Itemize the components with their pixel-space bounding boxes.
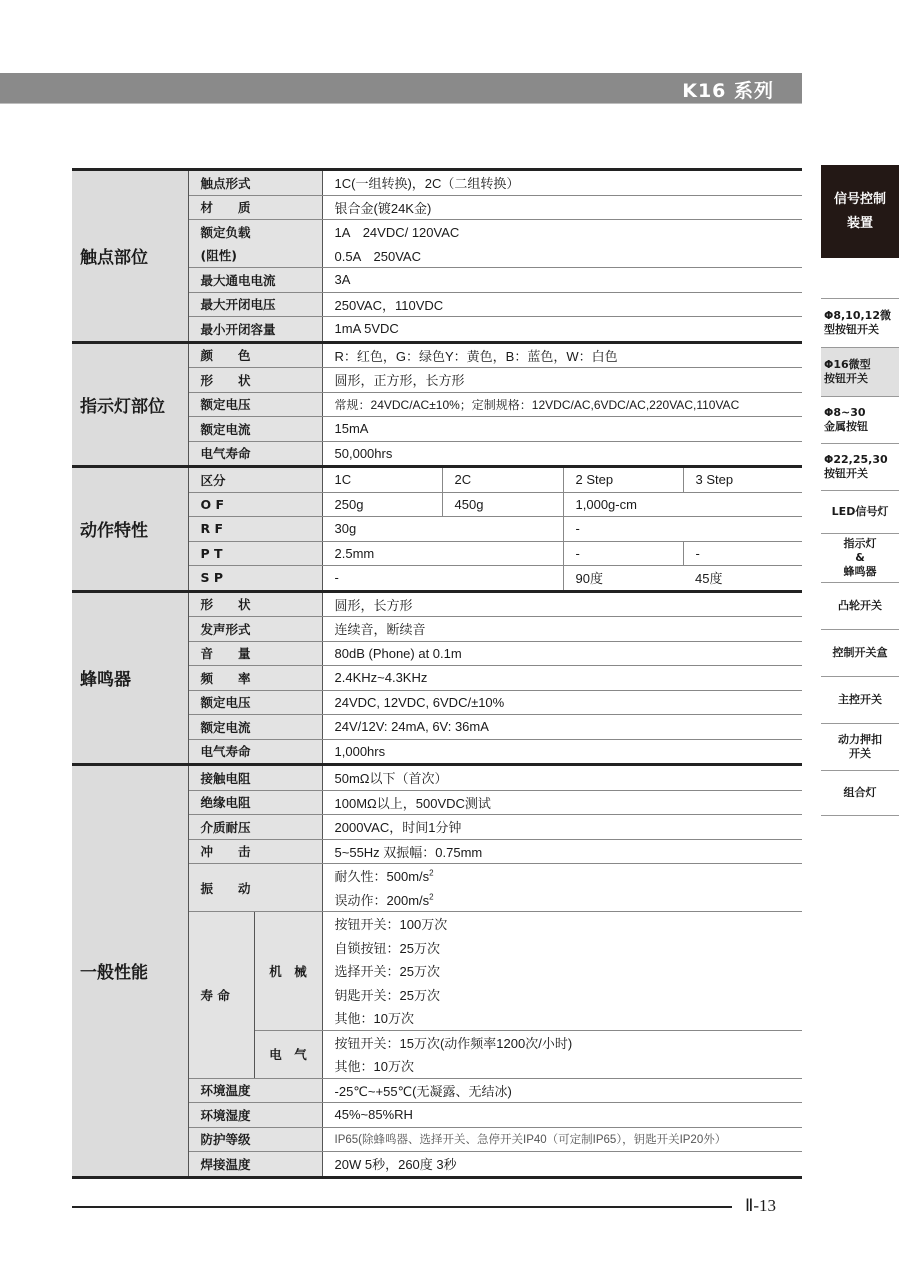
row-value: 耐久性：500m/s2: [322, 864, 802, 888]
column-header: 1C: [322, 467, 442, 493]
row-label: 最大开闭电压: [188, 292, 322, 317]
row-value: 自锁按钮：25万次: [322, 936, 802, 960]
cell: -: [322, 566, 563, 592]
row-value: R：红色，G：绿色Y：黄色，B：蓝色，W：白色: [322, 342, 802, 368]
column-header: 2 Step: [563, 467, 683, 493]
row-value: 连续音，断续音: [322, 617, 802, 642]
row-value: 0.5A 250VAC: [322, 244, 802, 268]
row-label: 形 状: [188, 368, 322, 393]
sidebar-item-indicator-buzzer[interactable]: 指示灯&蜂鸣器: [821, 533, 899, 582]
row-value: 24V/12V: 24mA, 6V: 36mA: [322, 715, 802, 740]
cell: 45度: [683, 566, 802, 592]
row-label: 焊接温度: [188, 1152, 322, 1178]
row-label: 环境温度: [188, 1078, 322, 1103]
life-label: 寿 命: [188, 912, 254, 1079]
cell: 90度: [563, 566, 683, 592]
table-row: 动作特性 区分 1C 2C 2 Step 3 Step: [72, 467, 802, 493]
sidebar-item-cam-switch[interactable]: 凸轮开关: [821, 582, 899, 629]
row-label: 频 率: [188, 666, 322, 691]
sidebar-active-category[interactable]: 信号控制 装置: [821, 165, 899, 258]
row-value: 1mA 5VDC: [322, 317, 802, 343]
section-general: 一般性能: [72, 765, 188, 1178]
row-value: 3A: [322, 268, 802, 293]
row-value: 其他：10万次: [322, 1054, 802, 1078]
row-value: 5~55Hz 双振幅：0.75mm: [322, 839, 802, 864]
row-value: 15mA: [322, 417, 802, 442]
sidebar-divider: [821, 815, 899, 816]
row-label: O F: [188, 492, 322, 517]
row-value: 按钮开关：100万次: [322, 912, 802, 936]
sidebar-item-phi16[interactable]: Φ16微型按钮开关: [821, 347, 899, 396]
row-label: 发声形式: [188, 617, 322, 642]
row-label: (阻性): [188, 244, 322, 268]
page-number: Ⅱ-13: [745, 1196, 776, 1216]
row-value: 误动作：200m/s2: [322, 888, 802, 912]
row-label: 形 状: [188, 591, 322, 617]
row-value: 20W 5秒，260度 3秒: [322, 1152, 802, 1178]
row-value: 选择开关：25万次: [322, 959, 802, 983]
sidebar-item-master-switch[interactable]: 主控开关: [821, 676, 899, 723]
table-row: 一般性能 接触电阻 50mΩ以下（首次）: [72, 765, 802, 791]
sidebar-item-led-signal[interactable]: LED信号灯: [821, 490, 899, 533]
sidebar-item-phi22-25-30[interactable]: Φ22,25,30按钮开关: [821, 443, 899, 490]
row-value: 50mΩ以下（首次）: [322, 765, 802, 791]
row-label: 区分: [188, 467, 322, 493]
row-value: 1,000hrs: [322, 739, 802, 765]
cell: -: [683, 541, 802, 566]
row-value: 250VAC，110VDC: [322, 292, 802, 317]
row-value: 2.4KHz~4.3KHz: [322, 666, 802, 691]
cell: 2.5mm: [322, 541, 563, 566]
category-line: 装置: [847, 212, 873, 236]
row-label: 电气寿命: [188, 739, 322, 765]
row-label: 材 质: [188, 195, 322, 220]
row-label: P T: [188, 541, 322, 566]
footer-divider: [72, 1206, 732, 1208]
sidebar-item-control-box[interactable]: 控制开关盒: [821, 629, 899, 676]
row-label: 额定电压: [188, 690, 322, 715]
table-row: 指示灯部位 颜 色 R：红色，G：绿色Y：黄色，B：蓝色，W：白色: [72, 342, 802, 368]
row-value: 1C(一组转换)，2C（二组转换）: [322, 170, 802, 196]
sidebar-item-phi8-10-12[interactable]: Φ8,10,12微型按钮开关: [821, 298, 899, 347]
section-buzzer: 蜂鸣器: [72, 591, 188, 765]
row-label: 最小开闭容量: [188, 317, 322, 343]
row-value: 24VDC, 12VDC, 6VDC/±10%: [322, 690, 802, 715]
cell: -: [563, 517, 802, 542]
column-header: 2C: [442, 467, 563, 493]
row-value: 50,000hrs: [322, 441, 802, 467]
row-label: 额定电压: [188, 392, 322, 417]
row-value: 银合金(镀24K金): [322, 195, 802, 220]
row-label: 音 量: [188, 641, 322, 666]
sidebar-nav: Φ8,10,12微型按钮开关 Φ16微型按钮开关 Φ8~30金属按钮 Φ22,2…: [821, 298, 899, 816]
category-line: 信号控制: [834, 188, 886, 212]
row-label: 颜 色: [188, 342, 322, 368]
row-label: 绝缘电阻: [188, 790, 322, 815]
sidebar-item-combo-light[interactable]: 组合灯: [821, 770, 899, 815]
life-electrical-label: 电 气: [254, 1030, 322, 1078]
cell: 30g: [322, 517, 563, 542]
row-label: 环境湿度: [188, 1103, 322, 1128]
sidebar-item-phi8-30-metal[interactable]: Φ8~30金属按钮: [821, 396, 899, 443]
spec-table: 触点部位 触点形式 1C(一组转换)，2C（二组转换） 材 质 银合金(镀24K…: [72, 168, 802, 1179]
row-label: 触点形式: [188, 170, 322, 196]
row-label: 最大通电电流: [188, 268, 322, 293]
row-value: 2000VAC，时间1分钟: [322, 815, 802, 840]
row-value: 钥匙开关：25万次: [322, 983, 802, 1007]
row-value: 按钮开关：15万次(动作频率1200次/小时): [322, 1030, 802, 1054]
series-title: K16 系列: [682, 76, 774, 103]
section-indicator: 指示灯部位: [72, 342, 188, 467]
row-value: -25℃~+55℃(无凝露、无结冰): [322, 1078, 802, 1103]
row-label: R F: [188, 517, 322, 542]
column-header: 3 Step: [683, 467, 802, 493]
life-mechanical-label: 机 械: [254, 912, 322, 1031]
row-value: 1A 24VDC/ 120VAC: [322, 220, 802, 244]
row-label: 额定电流: [188, 715, 322, 740]
row-value: 其他：10万次: [322, 1006, 802, 1030]
table-row: 触点部位 触点形式 1C(一组转换)，2C（二组转换）: [72, 170, 802, 196]
row-value: IP65(除蜂鸣器、选择开关、急停开关IP40（可定制IP65），钥匙开关IP2…: [322, 1127, 802, 1152]
series-banner: K16 系列: [0, 73, 802, 104]
row-label: 额定电流: [188, 417, 322, 442]
cell: -: [563, 541, 683, 566]
row-label: S P: [188, 566, 322, 592]
sidebar-item-power-push[interactable]: 动力押扣开关: [821, 723, 899, 770]
table-row: 蜂鸣器 形 状 圆形，长方形: [72, 591, 802, 617]
section-contact: 触点部位: [72, 170, 188, 343]
section-action: 动作特性: [72, 467, 188, 592]
row-value: 100MΩ以上，500VDC测试: [322, 790, 802, 815]
row-label: 防护等级: [188, 1127, 322, 1152]
row-label: 接触电阻: [188, 765, 322, 791]
row-label: 电气寿命: [188, 441, 322, 467]
row-label: 振 动: [188, 864, 322, 912]
row-value: 80dB (Phone) at 0.1m: [322, 641, 802, 666]
row-value: 圆形，正方形，长方形: [322, 368, 802, 393]
row-label: 介质耐压: [188, 815, 322, 840]
row-label: 额定负载: [188, 220, 322, 244]
row-value: 45%~85%RH: [322, 1103, 802, 1128]
row-label: 冲 击: [188, 839, 322, 864]
cell: 450g: [442, 492, 563, 517]
cell: 1,000g-cm: [563, 492, 802, 517]
row-value: 圆形，长方形: [322, 591, 802, 617]
row-value: 常规：24VDC/AC±10%；定制规格：12VDC/AC,6VDC/AC,22…: [322, 392, 802, 417]
cell: 250g: [322, 492, 442, 517]
